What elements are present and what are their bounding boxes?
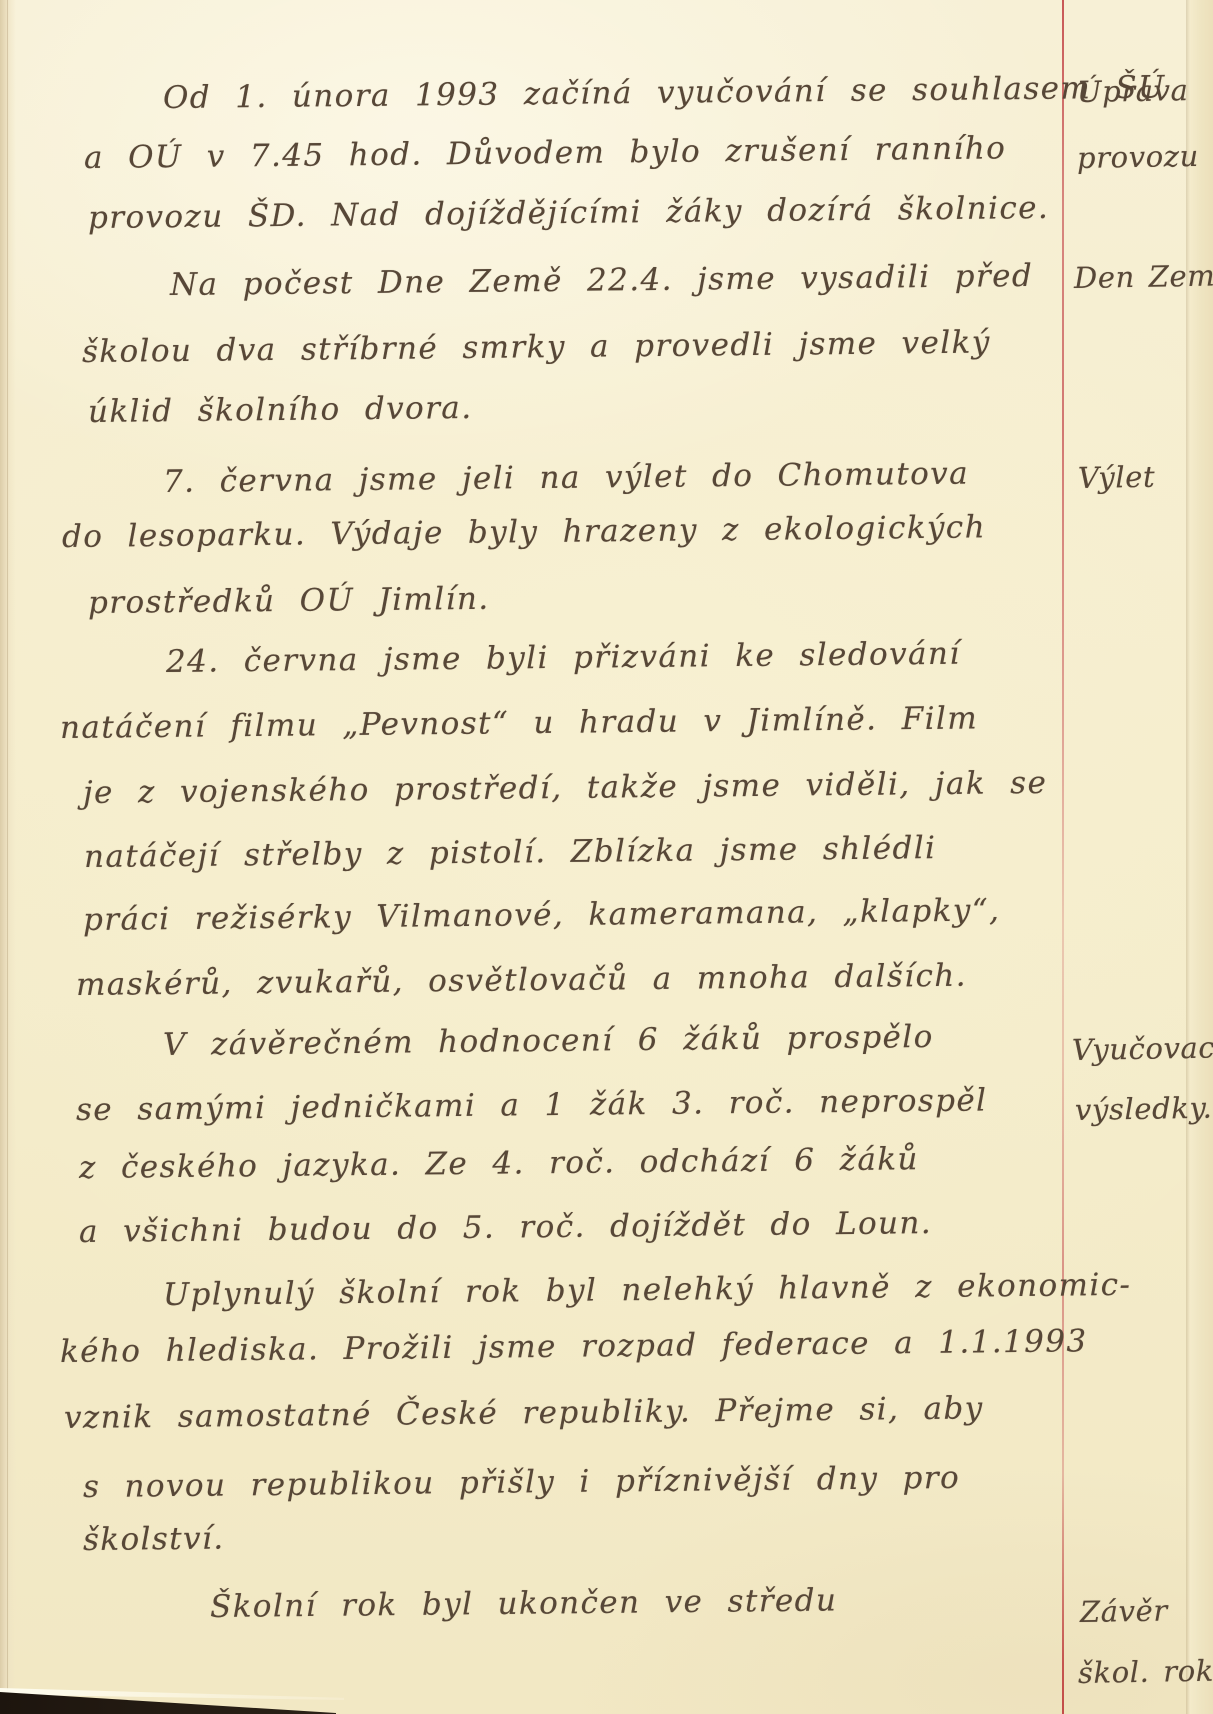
page-edge-crease bbox=[7, 0, 8, 1714]
margin-note: Vyučovací bbox=[1072, 1030, 1213, 1067]
handwritten-line: úklid školního dvora. bbox=[88, 390, 473, 430]
margin-rule-line bbox=[1062, 0, 1064, 1714]
margin-note: provozu bbox=[1077, 139, 1199, 175]
margin-note: výsledky. bbox=[1075, 1091, 1213, 1127]
page-fold-right bbox=[1186, 0, 1213, 1714]
handwritten-line: Školní rok byl ukončen ve středu bbox=[210, 1582, 838, 1625]
margin-note: Závěr bbox=[1080, 1593, 1168, 1629]
handwritten-line: prostředků OÚ Jimlín. bbox=[88, 581, 490, 621]
margin-note: Úprava bbox=[1077, 73, 1189, 109]
margin-note: škol. roku bbox=[1078, 1653, 1213, 1690]
page-edge-left bbox=[0, 0, 16, 1714]
scanned-chronicle-page: { "document": { "language": "Czech", "ki… bbox=[0, 0, 1213, 1714]
margin-note: Den Země. bbox=[1074, 258, 1213, 295]
handwritten-line: školství. bbox=[83, 1521, 225, 1558]
margin-note: Výlet bbox=[1078, 460, 1156, 495]
